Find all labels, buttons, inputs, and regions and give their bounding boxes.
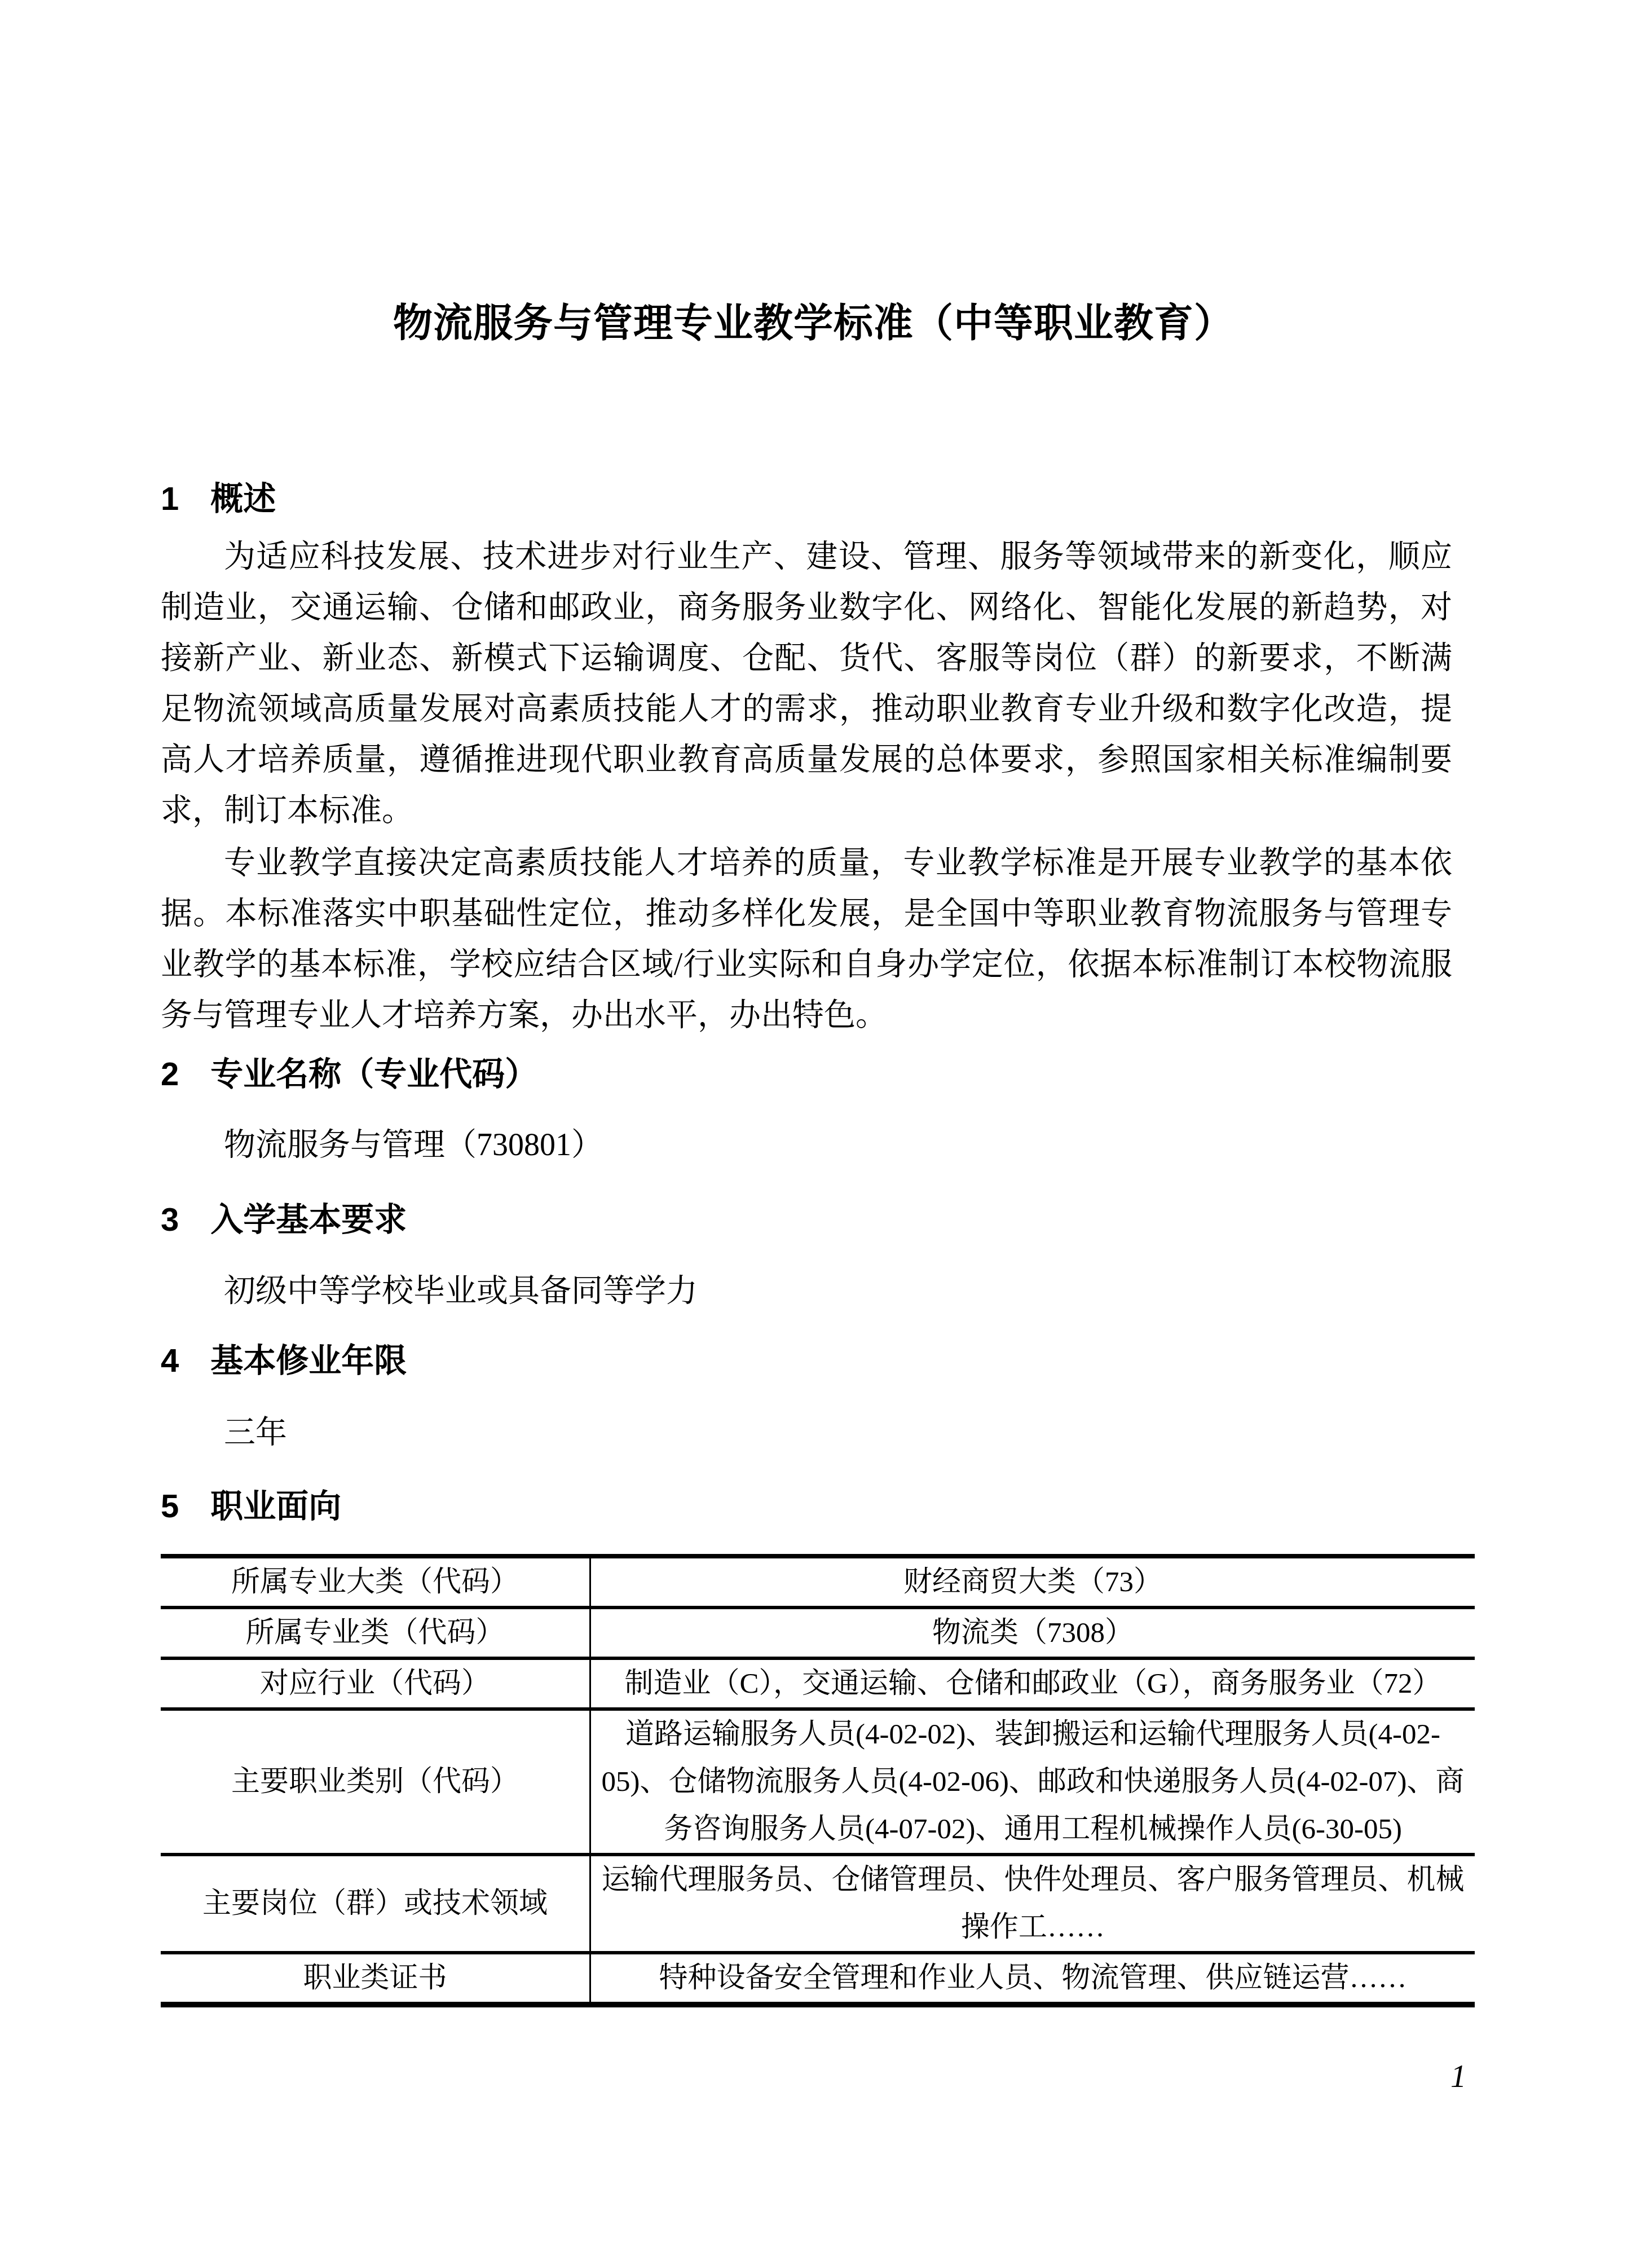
section-title: 职业面向: [210, 1488, 341, 1525]
section-number: 4: [161, 1344, 179, 1379]
row-value: 特种设备安全管理和作业人员、物流管理、供应链运营……: [590, 1953, 1475, 2005]
major-name-code: 物流服务与管理（730801）: [161, 1120, 1452, 1170]
row-label: 所属专业大类（代码）: [161, 1556, 590, 1608]
career-orientation-table: 所属专业大类（代码） 财经商贸大类（73） 所属专业类（代码） 物流类（7308…: [161, 1554, 1475, 2007]
section-title: 专业名称（专业代码）: [210, 1056, 537, 1093]
table-row-certificates: 职业类证书 特种设备安全管理和作业人员、物流管理、供应链运营……: [161, 1953, 1475, 2005]
section-number: 1: [161, 482, 179, 517]
row-value: 财经商贸大类（73）: [590, 1556, 1475, 1608]
table-row-occupation-category: 主要职业类别（代码） 道路运输服务人员(4-02-02)、装卸搬运和运输代理服务…: [161, 1709, 1475, 1855]
section-number: 5: [161, 1489, 179, 1524]
row-value: 物流类（7308）: [590, 1608, 1475, 1658]
study-duration: 三年: [161, 1407, 1452, 1458]
section-heading-5: 5职业面向: [161, 1489, 1475, 1524]
overview-paragraph-2: 专业教学直接决定高素质技能人才培养的质量，专业教学标准是开展专业教学的基本依据。…: [161, 838, 1452, 1041]
table-row-main-posts: 主要岗位（群）或技术领域 运输代理服务员、仓储管理员、快件处理员、客户服务管理员…: [161, 1855, 1475, 1953]
row-value: 运输代理服务员、仓储管理员、快件处理员、客户服务管理员、机械操作工……: [590, 1855, 1475, 1953]
table-row-major-category: 所属专业大类（代码） 财经商贸大类（73）: [161, 1556, 1475, 1608]
section-heading-2: 2专业名称（专业代码）: [161, 1057, 1475, 1092]
row-label: 主要岗位（群）或技术领域: [161, 1855, 590, 1953]
section-heading-1: 1概述: [161, 482, 1475, 517]
row-label: 主要职业类别（代码）: [161, 1709, 590, 1855]
section-title: 概述: [210, 481, 276, 517]
overview-paragraph-1: 为适应科技发展、技术进步对行业生产、建设、管理、服务等领域带来的新变化，顺应制造…: [161, 531, 1452, 836]
document-page: 物流服务与管理专业教学标准（中等职业教育） 1概述 为适应科技发展、技术进步对行…: [0, 0, 1627, 2268]
row-label: 职业类证书: [161, 1953, 590, 2005]
row-value: 道路运输服务人员(4-02-02)、装卸搬运和运输代理服务人员(4-02-05)…: [590, 1709, 1475, 1855]
table-row-industry: 对应行业（代码） 制造业（C），交通运输、仓储和邮政业（G），商务服务业（72）: [161, 1658, 1475, 1709]
section-title: 入学基本要求: [210, 1201, 407, 1238]
row-label: 所属专业类（代码）: [161, 1608, 590, 1658]
section-number: 2: [161, 1057, 179, 1092]
entry-requirement: 初级中等学校毕业或具备同等学力: [161, 1266, 1452, 1316]
section-title: 基本修业年限: [210, 1342, 407, 1379]
section-heading-4: 4基本修业年限: [161, 1344, 1475, 1379]
section-heading-3: 3入学基本要求: [161, 1203, 1475, 1238]
row-value: 制造业（C），交通运输、仓储和邮政业（G），商务服务业（72）: [590, 1658, 1475, 1709]
table-row-category: 所属专业类（代码） 物流类（7308）: [161, 1608, 1475, 1658]
section-number: 3: [161, 1203, 179, 1238]
row-label: 对应行业（代码）: [161, 1658, 590, 1709]
document-title: 物流服务与管理专业教学标准（中等职业教育）: [0, 303, 1627, 345]
page-number: 1: [161, 2060, 1466, 2094]
